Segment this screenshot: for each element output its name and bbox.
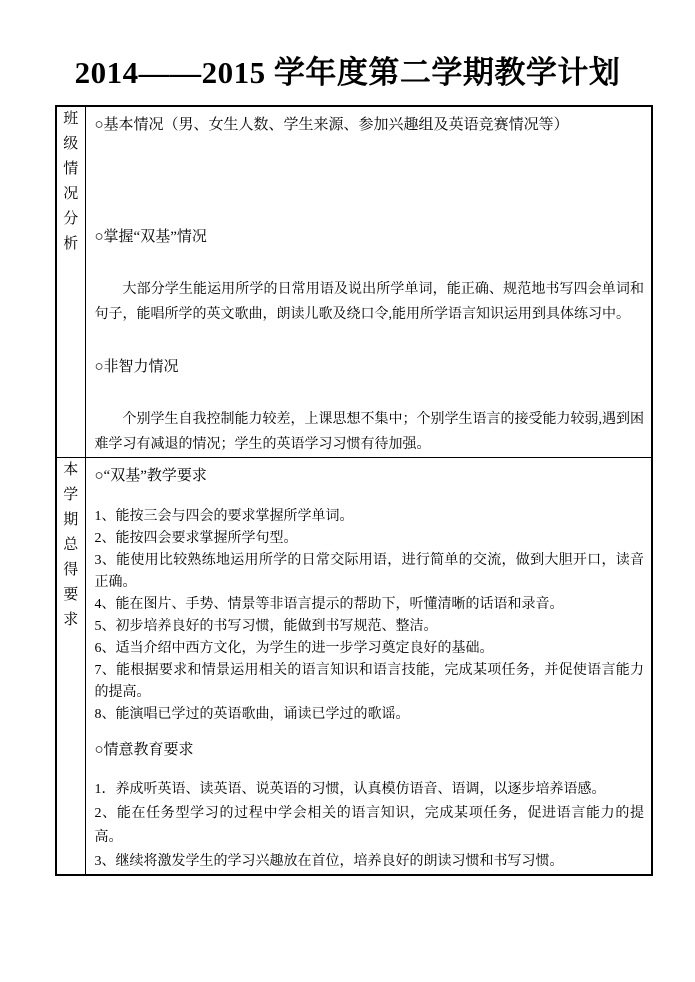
document-title: 2014——2015 学年度第二学期教学计划: [0, 50, 695, 96]
requirements-list-double-basics: 1、能按三会与四会的要求掌握所学单词。 2、能按四会要求掌握所学句型。 3、能使…: [95, 506, 645, 726]
row-header-semester-requirements: 本学期总得要求: [56, 458, 85, 876]
list-item: 3、能使用比较熟练地运用所学的日常交际用语，进行简单的交流，做到大胆开口，读音正…: [95, 550, 645, 594]
section-heading-double-basics: ○掌握“双基”情况: [95, 225, 645, 249]
row-header-class-situation: 班级情况分析: [56, 106, 85, 458]
row-header-label-vertical: 班级情况分析: [63, 107, 79, 257]
list-item: 4、能在图片、手势、情景等非语言提示的帮助下，听懂清晰的话语和录音。: [95, 594, 645, 616]
section-heading-non-intelligence: ○非智力情况: [95, 355, 645, 379]
list-item: 3、继续将激发学生的学习兴趣放在首位，培养良好的朗读习惯和书写习惯。: [95, 850, 645, 874]
list-item: 2、能在任务型学习的过程中学会相关的语言知识，完成某项任务，促进语言能力的提高。: [95, 802, 645, 850]
table-row-semester-requirements: 本学期总得要求 ○“双基”教学要求 1、能按三会与四会的要求掌握所学单词。 2、…: [56, 458, 652, 876]
list-item: 5、初步培养良好的书写习惯，能做到书写规范、整洁。: [95, 616, 645, 638]
requirements-list-affective: 1．养成听英语、读英语、说英语的习惯，认真模仿语音、语调，以逐步培养语感。 2、…: [95, 778, 645, 874]
teaching-plan-table: 班级情况分析 ○基本情况（男、女生人数、学生来源、参加兴趣组及英语竞赛情况等） …: [55, 105, 653, 876]
list-item: 8、能演唱已学过的英语歌曲，诵读已学过的歌谣。: [95, 704, 645, 726]
list-item: 2、能按四会要求掌握所学句型。: [95, 528, 645, 550]
list-item: 1、能按三会与四会的要求掌握所学单词。: [95, 506, 645, 528]
section-heading-double-basics-requirements: ○“双基”教学要求: [95, 464, 645, 488]
section-heading-affective-education: ○情意教育要求: [95, 738, 645, 762]
row-header-label-vertical: 本学期总得要求: [63, 458, 79, 633]
list-item: 1．养成听英语、读英语、说英语的习惯，认真模仿语音、语调，以逐步培养语感。: [95, 778, 645, 802]
table-row-class-analysis: 班级情况分析 ○基本情况（男、女生人数、学生来源、参加兴趣组及英语竞赛情况等） …: [56, 106, 652, 458]
list-item: 6、适当介绍中西方文化，为学生的进一步学习奠定良好的基础。: [95, 638, 645, 660]
list-item: 7、能根据要求和情景运用相关的语言知识和语言技能，完成某项任务，并促使语言能力的…: [95, 660, 645, 704]
semester-requirements-content: ○“双基”教学要求 1、能按三会与四会的要求掌握所学单词。 2、能按四会要求掌握…: [85, 458, 652, 876]
paragraph-double-basics: 大部分学生能运用所学的日常用语及说出所学单词，能正确、规范地书写四会单词和句子，…: [95, 277, 645, 327]
class-analysis-content: ○基本情况（男、女生人数、学生来源、参加兴趣组及英语竞赛情况等） ○掌握“双基”…: [85, 106, 652, 458]
paragraph-non-intelligence: 个别学生自我控制能力较差，上课思想不集中；个别学生语言的接受能力较弱,遇到困难学…: [95, 407, 645, 457]
section-heading-basic-info: ○基本情况（男、女生人数、学生来源、参加兴趣组及英语竞赛情况等）: [95, 113, 645, 137]
